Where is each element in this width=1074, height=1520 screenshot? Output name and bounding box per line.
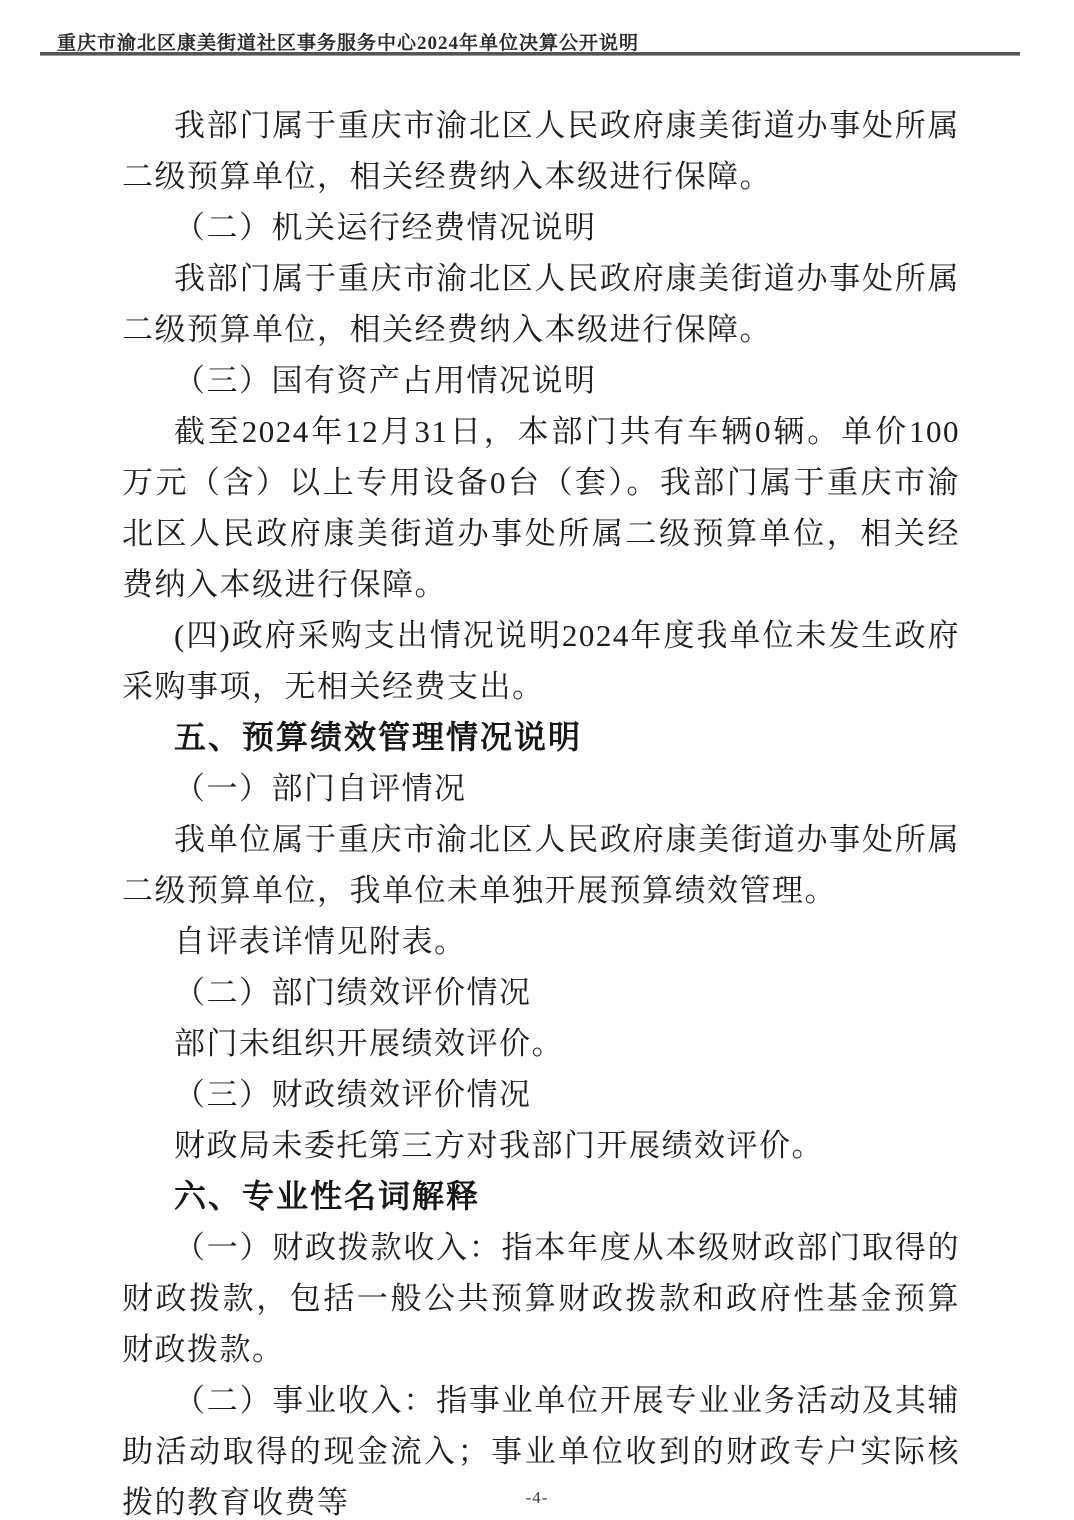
section-heading: 六、专业性名词解释 xyxy=(122,1171,960,1222)
paragraph: 财政局未委托第三方对我部门开展绩效评价。 xyxy=(122,1120,960,1171)
section-subheading: （一）部门自评情况 xyxy=(122,763,960,814)
paragraph: 我单位属于重庆市渝北区人民政府康美街道办事处所属二级预算单位，我单位未单独开展预… xyxy=(122,814,960,916)
page-footer: -4- xyxy=(0,1488,1074,1508)
page-number: -4- xyxy=(526,1488,549,1508)
section-heading: 五、预算绩效管理情况说明 xyxy=(122,712,960,763)
paragraph: 截至2024年12月31日，本部门共有车辆0辆。单价100万元（含）以上专用设备… xyxy=(122,406,960,610)
section-subheading: （三）国有资产占用情况说明 xyxy=(122,355,960,406)
paragraph: （一）财政拨款收入：指本年度从本级财政部门取得的财政拨款，包括一般公共预算财政拨… xyxy=(122,1222,960,1375)
section-subheading: （二）机关运行经费情况说明 xyxy=(122,202,960,253)
document-page: 重庆市渝北区康美街道社区事务服务中心2024年单位决算公开说明 我部门属于重庆市… xyxy=(0,0,1074,1520)
section-subheading: （二）部门绩效评价情况 xyxy=(122,967,960,1018)
header-rule xyxy=(40,52,1020,56)
document-body: 我部门属于重庆市渝北区人民政府康美街道办事处所属二级预算单位，相关经费纳入本级进… xyxy=(122,100,960,1520)
page-header-title: 重庆市渝北区康美街道社区事务服务中心2024年单位决算公开说明 xyxy=(57,28,639,55)
section-subheading: （三）财政绩效评价情况 xyxy=(122,1069,960,1120)
paragraph: 我部门属于重庆市渝北区人民政府康美街道办事处所属二级预算单位，相关经费纳入本级进… xyxy=(122,253,960,355)
paragraph: 自评表详情见附表。 xyxy=(122,916,960,967)
paragraph: 部门未组织开展绩效评价。 xyxy=(122,1018,960,1069)
paragraph: 我部门属于重庆市渝北区人民政府康美街道办事处所属二级预算单位，相关经费纳入本级进… xyxy=(122,100,960,202)
paragraph: (四)政府采购支出情况说明2024年度我单位未发生政府采购事项，无相关经费支出。 xyxy=(122,610,960,712)
